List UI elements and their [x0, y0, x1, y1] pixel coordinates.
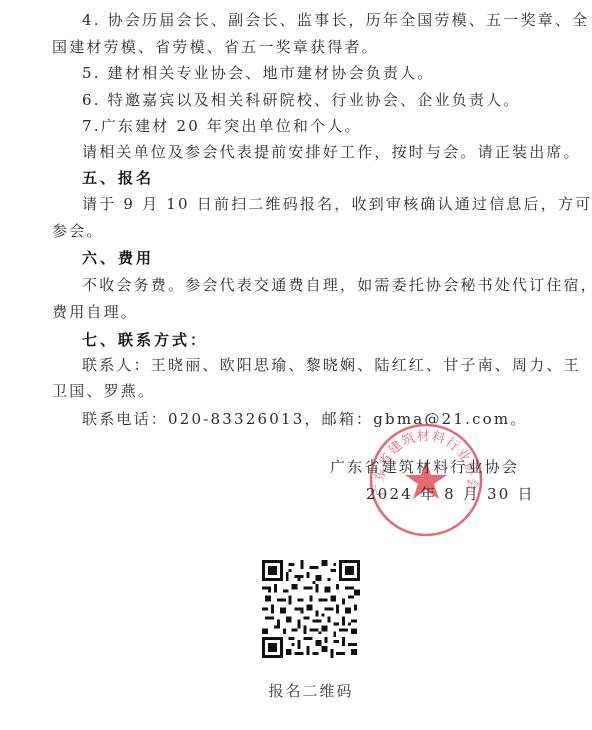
list-item-4: 4. 协会历届会长、副会长、监事长，历年全国劳模、五一奖章、全 [82, 10, 589, 30]
registration-text-continued: 参会。 [52, 221, 104, 241]
section-heading-registration: 五、报名 [82, 168, 154, 188]
list-item-4-continued: 国建材劳模、省劳模、省五一奖章获得者。 [52, 37, 379, 57]
list-item-5: 5. 建材相关专业协会、地市建材协会负责人。 [82, 63, 434, 83]
fees-text: 不收会务费。参会代表交通费自理，如需委托协会秘书处代订住宿， [82, 275, 592, 295]
fees-text-continued: 费用自理。 [52, 302, 138, 322]
qr-code-caption: 报名二维码 [262, 680, 360, 701]
signature-organization: 广东省建筑材料行业协会 [330, 457, 519, 477]
official-seal-stamp: 广东省建筑材料行业协会 [368, 422, 484, 538]
attendance-notice: 请相关单位及参会代表提前安排好工作，按时与会。请正装出席。 [82, 142, 581, 162]
list-item-7: 7.广东建材 20 年突出单位和个人。 [82, 116, 362, 136]
section-heading-fees: 六、费用 [82, 248, 154, 268]
contact-persons-continued: 卫国、罗燕。 [52, 381, 155, 401]
contact-persons: 联系人：王晓丽、欧阳思瑜、黎晓娴、陆红红、甘子南、周力、王 [82, 355, 581, 375]
section-heading-contact: 七、联系方式： [82, 330, 208, 350]
list-item-6: 6. 特邀嘉宾以及相关科研院校、行业协会、企业负责人。 [82, 90, 520, 110]
registration-text: 请于 9 月 10 日前扫二维码报名，收到审核确认通过信息后，方可 [82, 194, 592, 214]
signature-date: 2024 年 8 月 30 日 [366, 484, 535, 504]
registration-qr-code[interactable] [262, 560, 360, 658]
